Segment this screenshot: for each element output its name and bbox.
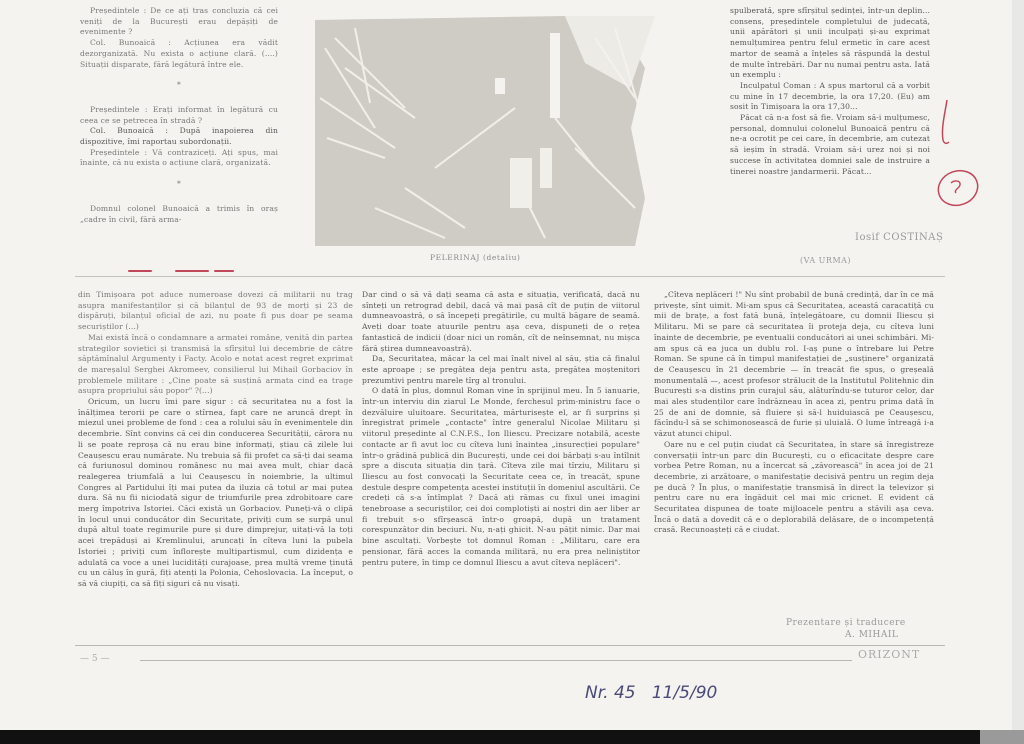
bottom-column-2: Dar cind o să vă dați seama că asta e si… <box>362 290 640 568</box>
author-signature: Iosif COSTINAȘ <box>855 232 943 243</box>
page-number: — 5 — <box>80 654 109 664</box>
paragraph: din Timișoara pot aduce numeroase dovezi… <box>78 290 353 333</box>
paragraph: Col. Bunoaică : Acțiunea era vădit dezor… <box>80 38 278 70</box>
scanner-edge <box>1012 0 1024 730</box>
paragraph: spulberată, spre sfîrșitul ședinței, înt… <box>730 6 930 81</box>
paragraph: Mai există încă o condamnare a armatei r… <box>78 333 353 397</box>
bottom-column-1: din Timișoara pot aduce numeroase dovezi… <box>78 290 353 590</box>
paragraph: O dată în plus, domnul Roman vine în spr… <box>362 386 640 568</box>
paragraph: „Cîteva neplăceri !" Nu sînt probabil de… <box>654 290 934 440</box>
separator-star: * <box>80 80 278 91</box>
paragraph: Dar cind o să vă dați seama că asta e si… <box>362 290 640 354</box>
handwritten-note: Nr. 45 11/5/90 <box>585 683 717 703</box>
top-right-column: spulberată, spre sfîrșitul ședinței, înt… <box>730 6 930 177</box>
translator-name: A. MIHAIL <box>845 630 898 640</box>
paragraph: Oricum, un lucru îmi pare sigur : că sec… <box>78 397 353 590</box>
photo-caption: PELERINAJ (detaliu) <box>430 253 521 262</box>
paragraph: Domnul colonel Bunoaică a trimis în oraș… <box>80 204 278 225</box>
to-be-continued: (VA URMA) <box>800 256 851 265</box>
publication-name: ORIZONT <box>858 648 920 661</box>
paragraph: Oare nu e cel puțin ciudat că Securitate… <box>654 440 934 536</box>
paragraph: Președintele : Vă contraziceți. Ați spus… <box>80 148 278 169</box>
bottom-column-3: „Cîteva neplăceri !" Nu sînt probabil de… <box>654 290 934 536</box>
paragraph: Președintele : De ce ați tras concluzia … <box>80 6 278 38</box>
paragraph: Păcat că n-a fost să fie. Vroiam să-i mu… <box>730 113 930 177</box>
footer-rule <box>140 660 852 661</box>
section-divider <box>75 276 945 277</box>
paragraph: Da, Securitatea, măcar la cel mai înalt … <box>362 354 640 386</box>
paragraph: Președintele : Erați informat în legătur… <box>80 105 278 126</box>
red-underline-mark <box>175 270 209 272</box>
section-divider <box>75 645 945 646</box>
photo-pelerinaj <box>315 8 713 246</box>
red-pen-stroke-icon <box>935 98 955 148</box>
paragraph: Col. Bunoaică : După inapoierea din disp… <box>80 126 278 147</box>
red-underline-mark <box>214 270 234 272</box>
separator-star: * <box>80 179 278 190</box>
scanned-newspaper-page: Președintele : De ce ați tras concluzia … <box>0 0 1024 730</box>
scanner-border <box>0 730 1024 744</box>
top-left-column: Președintele : De ce ați tras concluzia … <box>80 6 278 225</box>
paragraph: Inculpatul Coman : A spus martorul că a … <box>730 81 930 113</box>
translation-credit: Prezentare și traducere <box>786 618 906 628</box>
red-question-circle-icon <box>935 165 981 211</box>
red-underline-mark <box>128 270 152 272</box>
